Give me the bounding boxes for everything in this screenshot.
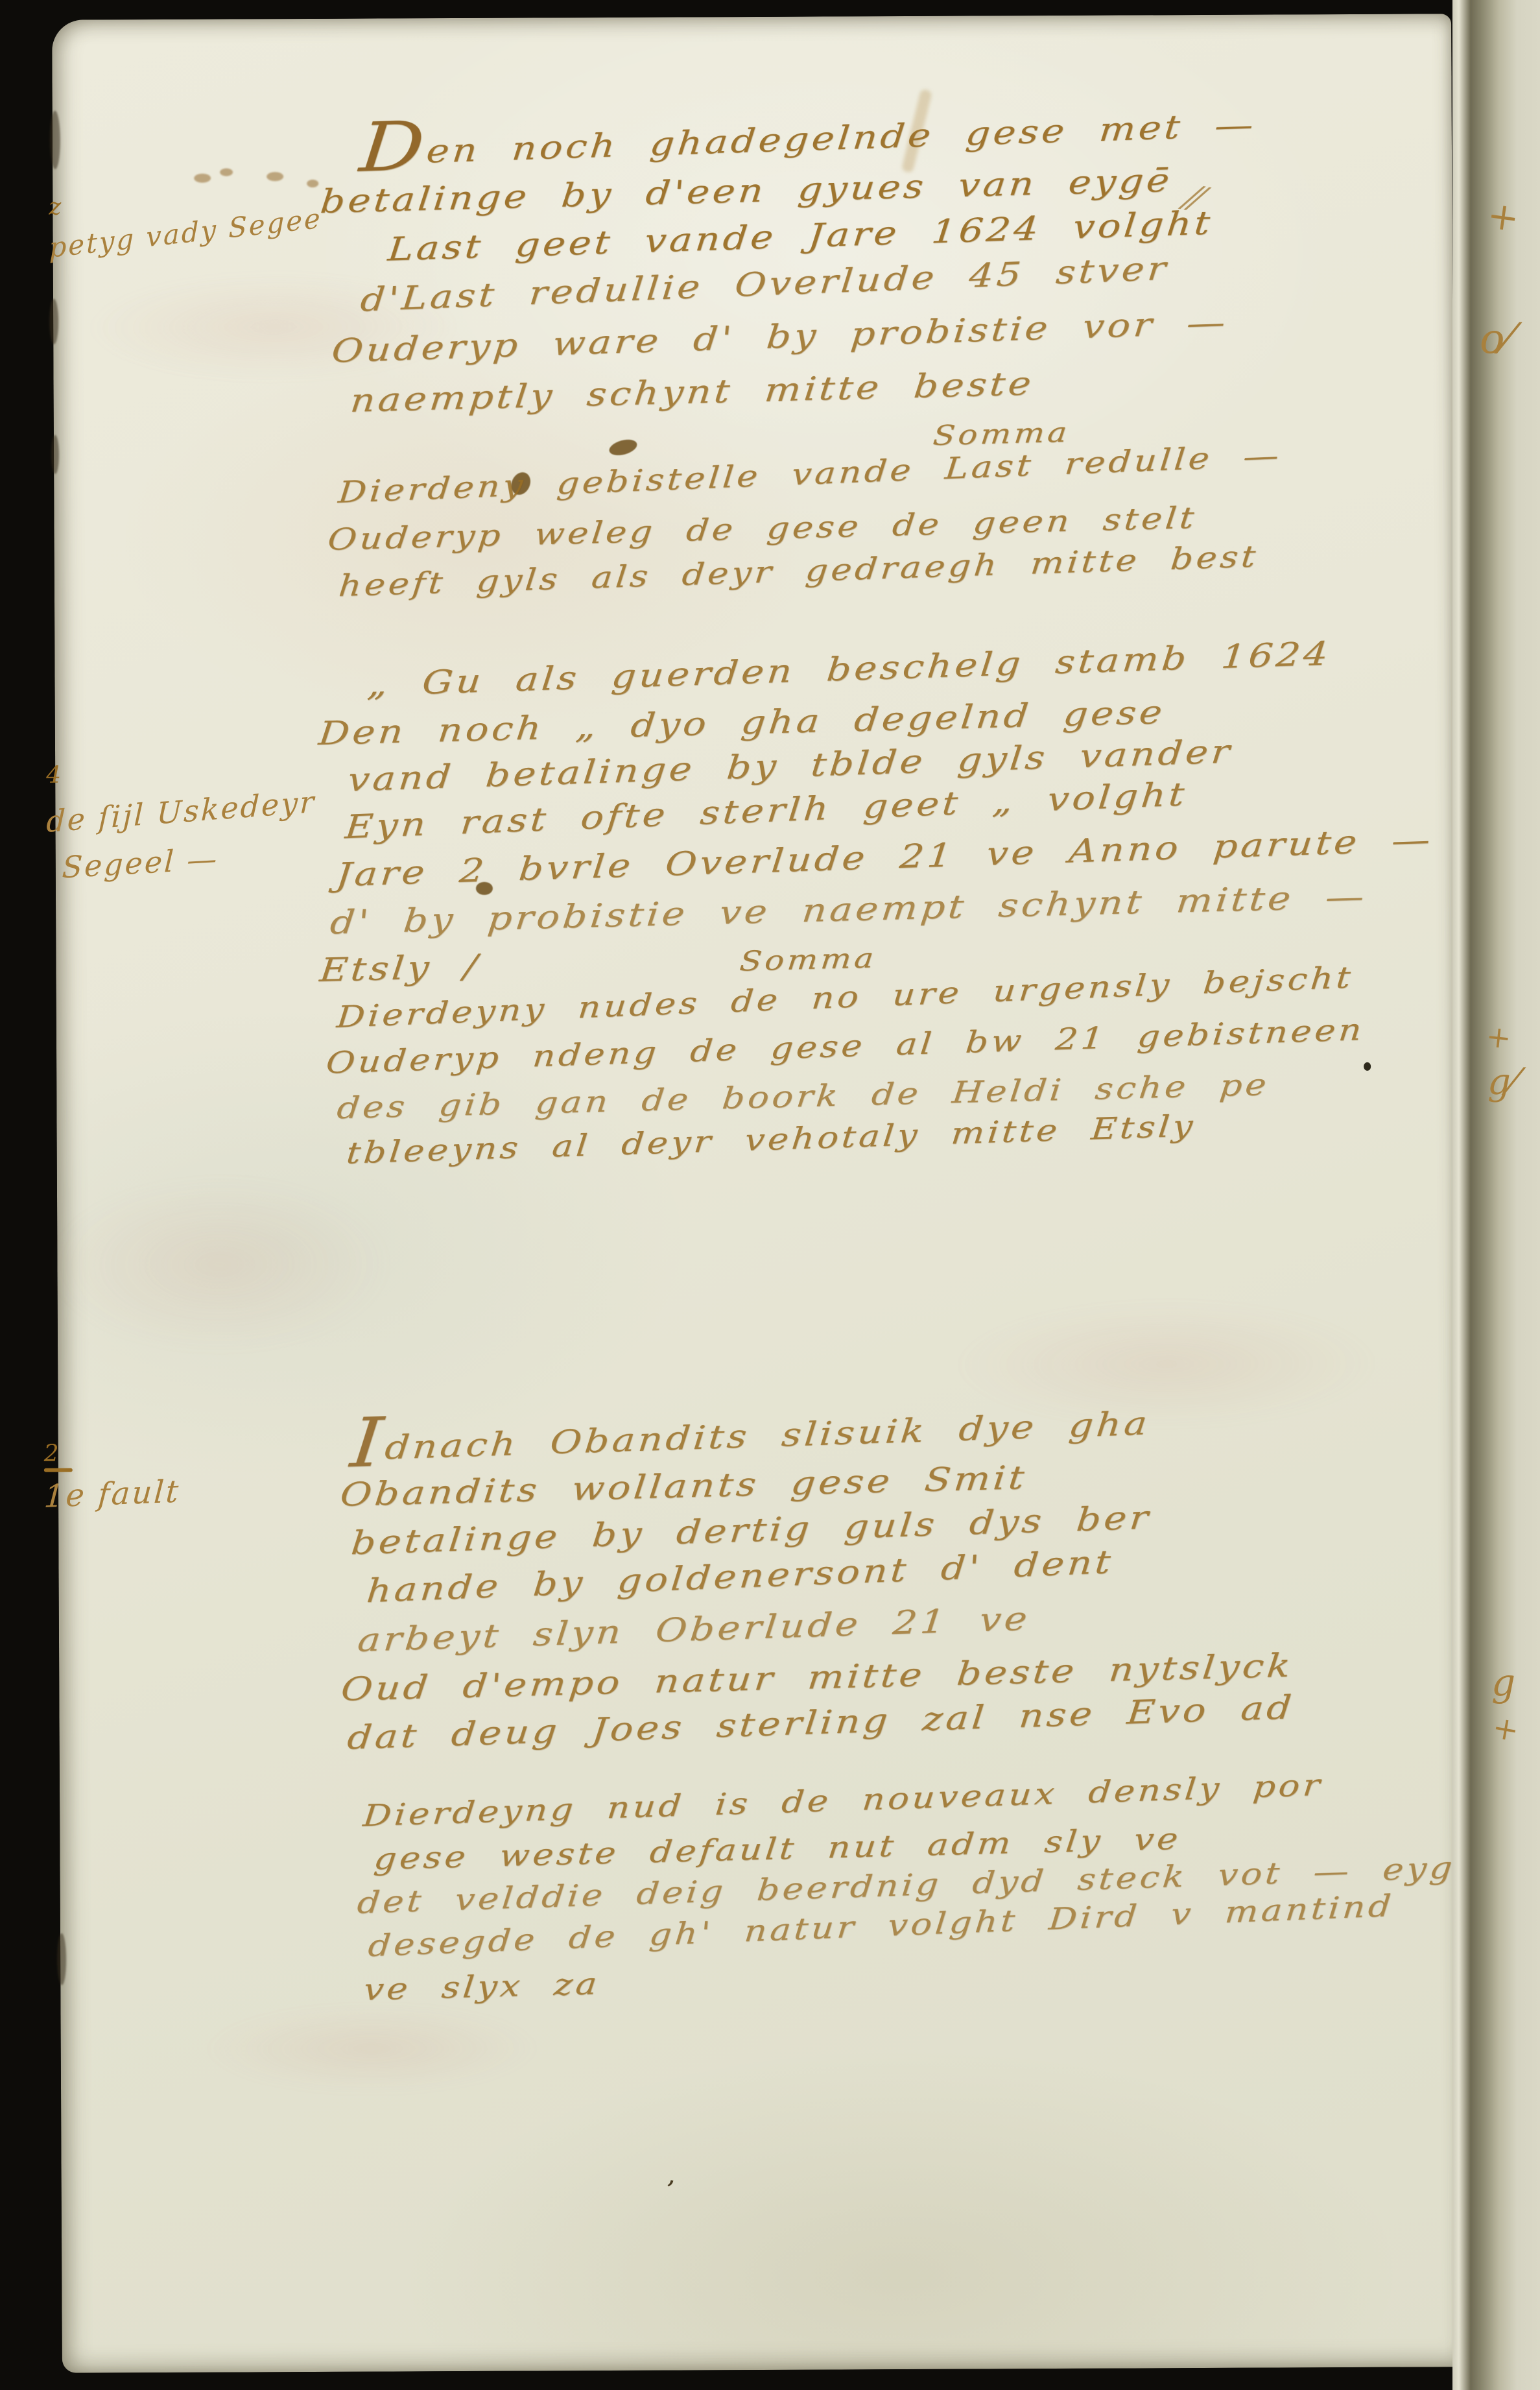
page-edge-chip	[49, 299, 58, 344]
stray-ink-mark: ’	[661, 2174, 677, 2207]
facing-page-mark: +	[1484, 1018, 1513, 1056]
ink-speck	[220, 169, 233, 176]
margin-note: z petyg vady Segee	[49, 193, 324, 264]
margin-note-text: Segeel —	[46, 835, 318, 886]
page-edge-chip	[57, 1933, 66, 1985]
margin-mark: 2	[44, 1440, 180, 1467]
bleed-through	[44, 1173, 395, 1356]
entry-paragraph: „ Gu als guerden beschelg stamb 1624 Den…	[318, 662, 1435, 1180]
entry-subparagraph: Dierdeyng nud is de nouveaux densly por …	[357, 1792, 1447, 2014]
entry-paragraph: Idnach Obandits slisuik dye gha Obandits…	[340, 1422, 1443, 1767]
facing-page-mark: g⁄	[1487, 1061, 1517, 1103]
margin-mark-underline	[44, 1468, 73, 1472]
entry-paragraph: Den noch ghadegelnde gese met — betaling…	[320, 128, 1424, 614]
margin-note: 4 de ſijl Uskedeyr Segeel —	[46, 761, 317, 886]
flourished-initial: D	[357, 106, 427, 188]
margin-note-text: 1e fault	[43, 1473, 182, 1514]
facing-page-mark: +	[1485, 193, 1522, 241]
facing-page-mark: o⁄	[1480, 315, 1511, 363]
ink-speck	[307, 180, 318, 187]
line-text: dnach Obandits slisuik dye gha	[383, 1404, 1152, 1466]
ink-speck	[194, 174, 211, 183]
facing-page-mark: g	[1491, 1660, 1515, 1704]
margin-note-text: de ſijl Uskedeyr	[46, 784, 316, 839]
page-edge-chip	[51, 435, 59, 474]
manuscript-page: z petyg vady Segee Den noch ghadegelnde …	[52, 14, 1462, 2372]
flourished-initial: I	[348, 1402, 386, 1483]
line-text: en noch ghadegelnde gese met —	[425, 106, 1258, 171]
line-text: Etsly /	[318, 948, 481, 989]
somma-label: Somma	[739, 942, 879, 977]
ink-speck	[267, 172, 283, 181]
margin-mark: 4	[46, 761, 316, 789]
scanned-manuscript: z petyg vady Segee Den noch ghadegelnde …	[0, 0, 1540, 2390]
margin-note: 2 1e fault	[44, 1440, 181, 1515]
page-edge-chip	[50, 111, 60, 169]
bleed-through	[203, 2002, 541, 2094]
